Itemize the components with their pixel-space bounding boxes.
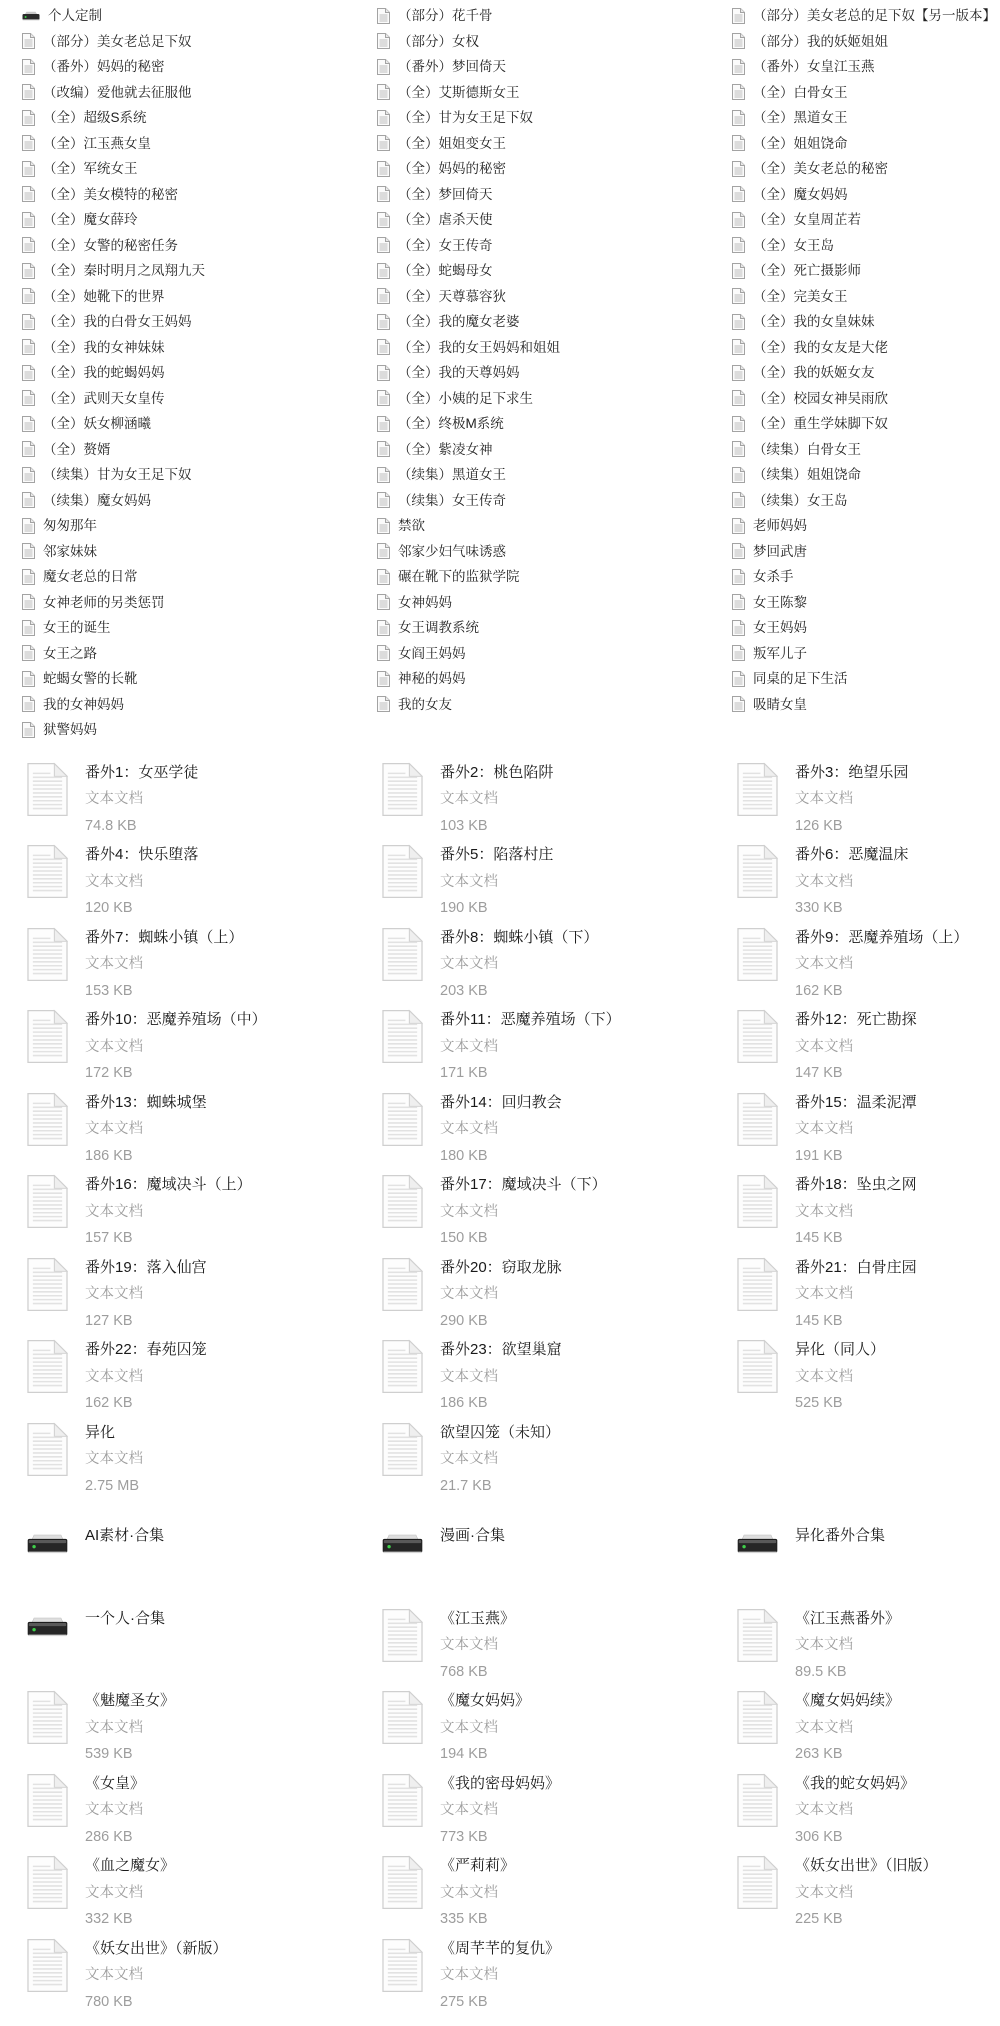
file-meta: 番外13：蜘蛛城堡 文本文档 186 KB: [85, 1090, 207, 1170]
file-list-item[interactable]: （全）我的女皇妹妹: [732, 309, 1000, 335]
file-card[interactable]: 《妖女出世》（旧版） 文本文档 225 KB: [732, 1853, 1000, 1936]
file-list-item[interactable]: （续集）女王岛: [732, 488, 1000, 514]
text-file-icon: [22, 59, 35, 75]
text-file-icon: [732, 1174, 778, 1229]
text-file-icon: [377, 518, 390, 534]
file-meta: 《妖女出世》（旧版） 文本文档 225 KB: [795, 1853, 938, 1933]
file-meta: 异化（同人） 文本文档 525 KB: [795, 1337, 885, 1417]
file-name: （续集）姐姐饶命: [753, 468, 861, 482]
file-meta: 番外17：魔域决斗（下） 文本文档 150 KB: [440, 1172, 607, 1252]
file-size: 539 KB: [85, 1741, 175, 1768]
file-card[interactable]: 番外16：魔域决斗（上） 文本文档 157 KB: [22, 1172, 377, 1255]
drive-card[interactable]: AI素材·合集: [22, 1523, 377, 1606]
file-card[interactable]: 《江玉燕番外》 文本文档 89.5 KB: [732, 1606, 1000, 1689]
text-file-icon: [22, 696, 35, 712]
drive-meta: 异化番外合集: [795, 1523, 885, 1550]
text-file-icon: [732, 8, 745, 24]
file-size: 335 KB: [440, 1906, 515, 1933]
file-list-item[interactable]: （部分）花千骨: [377, 3, 732, 29]
file-list-item[interactable]: （全）妈妈的秘密: [377, 156, 732, 182]
file-card[interactable]: 番外9：恶魔养殖场（上） 文本文档 162 KB: [732, 925, 1000, 1008]
text-file-icon: [377, 645, 390, 661]
file-title: 番外23：欲望巢窟: [440, 1337, 562, 1364]
file-list-item[interactable]: （全）女皇周芷若: [732, 207, 1000, 233]
file-name: （全）武则天女皇传: [43, 392, 165, 406]
file-list-item[interactable]: （全）姐姐饶命: [732, 131, 1000, 157]
file-card[interactable]: 《血之魔女》 文本文档 332 KB: [22, 1853, 377, 1936]
file-list-item[interactable]: （全）赘婿: [22, 437, 377, 463]
file-list-item[interactable]: 梦回武唐: [732, 539, 1000, 565]
file-name: 女王调教系统: [398, 621, 479, 635]
file-name: （全）我的妖姬女友: [753, 366, 875, 380]
file-name: 女阎王妈妈: [398, 647, 466, 661]
file-list-item[interactable]: （全）女王传奇: [377, 233, 732, 259]
file-list-item[interactable]: 同桌的足下生活: [732, 666, 1000, 692]
file-list-item[interactable]: （部分）我的妖姬姐姐: [732, 29, 1000, 55]
file-title: 番外11：恶魔养殖场（下）: [440, 1007, 621, 1034]
text-file-icon: [377, 390, 390, 406]
file-list-item[interactable]: （全）妖女柳涵曦: [22, 411, 377, 437]
file-name: （全）秦时明月之凤翔九天: [43, 264, 205, 278]
text-file-icon: [377, 671, 390, 687]
file-list-item[interactable]: 邻家少妇气味诱惑: [377, 539, 732, 565]
file-list-item[interactable]: 女神妈妈: [377, 590, 732, 616]
file-list-item[interactable]: （全）艾斯德斯女王: [377, 80, 732, 106]
file-card[interactable]: 《女皇》 文本文档 286 KB: [22, 1771, 377, 1854]
text-file-icon: [22, 1009, 68, 1064]
file-list-item[interactable]: （全）超级S系统: [22, 105, 377, 131]
file-name: 邻家少妇气味诱惑: [398, 545, 506, 559]
file-list-item[interactable]: （全）黑道女王: [732, 105, 1000, 131]
file-title: 《我的蛇女妈妈》: [795, 1771, 915, 1798]
file-list-item[interactable]: 我的女友: [377, 692, 732, 718]
text-file-icon: [22, 416, 35, 432]
file-name: 魔女老总的日常: [43, 570, 138, 584]
file-card[interactable]: 《严莉莉》 文本文档 335 KB: [377, 1853, 732, 1936]
file-name: （全）黑道女王: [753, 111, 848, 125]
text-file-icon: [732, 762, 778, 817]
file-name: 神秘的妈妈: [398, 672, 466, 686]
text-file-icon: [377, 1938, 423, 1993]
file-list-item[interactable]: （续集）姐姐饶命: [732, 462, 1000, 488]
text-file-icon: [377, 1608, 423, 1663]
file-name: 禁欲: [398, 519, 425, 533]
text-file-icon: [22, 671, 35, 687]
file-meta: 番外6：恶魔温床 文本文档 330 KB: [795, 842, 908, 922]
file-card[interactable]: 《魅魔圣女》 文本文档 539 KB: [22, 1688, 377, 1771]
hard-drive-icon: [22, 1611, 68, 1642]
file-card[interactable]: 《妖女出世》（新版） 文本文档 780 KB: [22, 1936, 377, 2019]
text-file-icon: [732, 416, 745, 432]
file-list-item[interactable]: （续集）白骨女王: [732, 437, 1000, 463]
text-file-icon: [22, 492, 35, 508]
text-file-icon: [377, 263, 390, 279]
file-list-item[interactable]: （全）我的妖姬女友: [732, 360, 1000, 386]
file-meta: 《江玉燕》 文本文档 768 KB: [440, 1606, 515, 1686]
text-file-icon: [377, 1773, 423, 1828]
file-card[interactable]: 《魔女妈妈》 文本文档 194 KB: [377, 1688, 732, 1771]
file-card[interactable]: 番外11：恶魔养殖场（下） 文本文档 171 KB: [377, 1007, 732, 1090]
drive-card[interactable]: 一个人·合集: [22, 1606, 377, 1689]
file-size: 768 KB: [440, 1659, 515, 1686]
file-card[interactable]: 番外12：死亡勘探 文本文档 147 KB: [732, 1007, 1000, 1090]
file-list-item[interactable]: （全）美女模特的秘密: [22, 182, 377, 208]
file-name: （全）美女模特的秘密: [43, 188, 178, 202]
file-list-item[interactable]: 女王妈妈: [732, 615, 1000, 641]
file-type: 文本文档: [795, 1880, 938, 1907]
file-manager-content: 个人定制 （部分）美女老总足下奴 （番外）妈妈的秘密: [0, 0, 1000, 2018]
text-file-icon: [377, 186, 390, 202]
text-file-icon: [22, 1422, 68, 1477]
text-file-icon: [732, 696, 745, 712]
file-meta: 番外8：蜘蛛小镇（下） 文本文档 203 KB: [440, 925, 598, 1005]
file-list-item[interactable]: 女神老师的另类惩罚: [22, 590, 377, 616]
file-card[interactable]: 番外1：女巫学徒 文本文档 74.8 KB: [22, 760, 377, 843]
file-name: 女神妈妈: [398, 596, 452, 610]
file-type: 文本文档: [85, 1199, 252, 1226]
file-list-item[interactable]: （全）紫凌女神: [377, 437, 732, 463]
file-name: 老师妈妈: [753, 519, 807, 533]
text-file-icon: [732, 161, 745, 177]
file-name: （全）天尊慕容狄: [398, 290, 506, 304]
file-name: （全）我的女友是大佬: [753, 341, 888, 355]
file-list-item[interactable]: （全）校园女神吴雨欣: [732, 386, 1000, 412]
file-name: （全）死亡摄影师: [753, 264, 861, 278]
file-list-item[interactable]: 邻家妹妹: [22, 539, 377, 565]
text-file-icon: [377, 161, 390, 177]
file-list-item[interactable]: （全）我的女友是大佬: [732, 335, 1000, 361]
text-file-icon: [377, 59, 390, 75]
file-name: （部分）美女老总的足下奴【另一版本】: [753, 9, 996, 23]
file-list-item[interactable]: 女阎王妈妈: [377, 641, 732, 667]
text-file-icon: [22, 186, 35, 202]
file-list-item[interactable]: （全）江玉燕女皇: [22, 131, 377, 157]
file-list-item[interactable]: （全）白骨女王: [732, 80, 1000, 106]
file-type: 文本文档: [85, 1880, 175, 1907]
file-card[interactable]: 番外20：窃取龙脉 文本文档 290 KB: [377, 1255, 732, 1338]
file-card[interactable]: 《魔女妈妈续》 文本文档 263 KB: [732, 1688, 1000, 1771]
file-list-item[interactable]: 老师妈妈: [732, 513, 1000, 539]
file-list-item[interactable]: 禁欲: [377, 513, 732, 539]
file-card[interactable]: 《我的蛇女妈妈》 文本文档 306 KB: [732, 1771, 1000, 1854]
file-meta: 《魅魔圣女》 文本文档 539 KB: [85, 1688, 175, 1768]
file-meta: 番外23：欲望巢窟 文本文档 186 KB: [440, 1337, 562, 1417]
drive-meta: 漫画·合集: [440, 1523, 505, 1550]
file-title: 番外1：女巫学徒: [85, 760, 198, 787]
file-name: （全）姐姐变女王: [398, 137, 506, 151]
file-name: （全）魔女薛玲: [43, 213, 138, 227]
file-name: （全）我的女皇妹妹: [753, 315, 875, 329]
file-list-item[interactable]: 女王的诞生: [22, 615, 377, 641]
file-list-item[interactable]: 碾在靴下的监狱学院: [377, 564, 732, 590]
text-file-icon: [377, 365, 390, 381]
file-list-item[interactable]: 女王陈黎: [732, 590, 1000, 616]
file-card[interactable]: 《我的密母妈妈》 文本文档 773 KB: [377, 1771, 732, 1854]
text-file-icon: [732, 135, 745, 151]
file-list-item[interactable]: （续集）魔女妈妈: [22, 488, 377, 514]
text-file-icon: [732, 671, 745, 687]
file-name: 同桌的足下生活: [753, 672, 848, 686]
file-title: 番外16：魔域决斗（上）: [85, 1172, 252, 1199]
file-size: 332 KB: [85, 1906, 175, 1933]
file-card[interactable]: 番外22：春苑囚笼 文本文档 162 KB: [22, 1337, 377, 1420]
file-card[interactable]: 番外2：桃色陷阱 文本文档 103 KB: [377, 760, 732, 843]
file-card[interactable]: 番外7：蜘蛛小镇（上） 文本文档 153 KB: [22, 925, 377, 1008]
file-list-item[interactable]: （全）军统女王: [22, 156, 377, 182]
drive-meta: AI素材·合集: [85, 1523, 164, 1550]
file-list-item[interactable]: （改编）爱他就去征服他: [22, 80, 377, 106]
hard-drive-icon: [732, 1528, 778, 1559]
file-card[interactable]: 番外18：坠虫之网 文本文档 145 KB: [732, 1172, 1000, 1255]
file-name: （续集）黑道女王: [398, 468, 506, 482]
file-list-item[interactable]: （全）虐杀天使: [377, 207, 732, 233]
file-title: 《江玉燕番外》: [795, 1606, 900, 1633]
file-card[interactable]: 番外15：温柔泥潭 文本文档 191 KB: [732, 1090, 1000, 1173]
file-size: 290 KB: [440, 1308, 562, 1335]
file-list-item[interactable]: （全）甘为女王足下奴: [377, 105, 732, 131]
file-list-item[interactable]: （续集）黑道女王: [377, 462, 732, 488]
file-card[interactable]: 《江玉燕》 文本文档 768 KB: [377, 1606, 732, 1689]
file-name: （全）我的女神妹妹: [43, 341, 165, 355]
file-card[interactable]: 番外14：回归教会 文本文档 180 KB: [377, 1090, 732, 1173]
text-file-icon: [377, 237, 390, 253]
file-name: （全）我的蛇蝎妈妈: [43, 366, 165, 380]
file-list-item[interactable]: 吸睛女皇: [732, 692, 1000, 718]
text-file-icon: [22, 569, 35, 585]
text-file-icon: [377, 33, 390, 49]
file-card[interactable]: 番外13：蜘蛛城堡 文本文档 186 KB: [22, 1090, 377, 1173]
file-card[interactable]: 欲望囚笼（未知） 文本文档 21.7 KB: [377, 1420, 732, 1503]
drive-list-item[interactable]: 个人定制: [22, 3, 377, 29]
file-list-item[interactable]: 女王之路: [22, 641, 377, 667]
file-size: 194 KB: [440, 1741, 530, 1768]
file-title: 《江玉燕》: [440, 1606, 515, 1633]
file-name: 我的女神妈妈: [43, 698, 124, 712]
file-meta: 番外18：坠虫之网 文本文档 145 KB: [795, 1172, 917, 1252]
file-title: 番外5：陷落村庄: [440, 842, 553, 869]
file-list-item[interactable]: （部分）女权: [377, 29, 732, 55]
file-card[interactable]: 番外10：恶魔养殖场（中） 文本文档 172 KB: [22, 1007, 377, 1090]
file-list-item[interactable]: （全）重生学妹脚下奴: [732, 411, 1000, 437]
file-card[interactable]: 番外21：白骨庄园 文本文档 145 KB: [732, 1255, 1000, 1338]
text-file-icon: [22, 161, 35, 177]
file-meta: 《严莉莉》 文本文档 335 KB: [440, 1853, 515, 1933]
file-title: 《魅魔圣女》: [85, 1688, 175, 1715]
file-list-item[interactable]: （全）终极M系统: [377, 411, 732, 437]
file-list-item[interactable]: 神秘的妈妈: [377, 666, 732, 692]
file-meta: 《女皇》 文本文档 286 KB: [85, 1771, 145, 1851]
file-type: 文本文档: [85, 786, 198, 813]
file-list-item[interactable]: （全）武则天女皇传: [22, 386, 377, 412]
file-meta: 番外14：回归教会 文本文档 180 KB: [440, 1090, 562, 1170]
file-list-item[interactable]: 魔女老总的日常: [22, 564, 377, 590]
drive-card[interactable]: 异化番外合集: [732, 1523, 1000, 1606]
file-list-item[interactable]: 蛇蝎女警的长靴: [22, 666, 377, 692]
file-size: 330 KB: [795, 895, 908, 922]
text-file-icon: [732, 390, 745, 406]
text-file-icon: [377, 492, 390, 508]
file-list-item[interactable]: （全）魔女薛玲: [22, 207, 377, 233]
file-meta: 《江玉燕番外》 文本文档 89.5 KB: [795, 1606, 900, 1686]
text-file-icon: [377, 339, 390, 355]
file-name: 女王妈妈: [753, 621, 807, 635]
text-file-icon: [22, 645, 35, 661]
text-file-icon: [377, 927, 423, 982]
text-file-icon: [732, 110, 745, 126]
text-file-icon: [377, 1339, 423, 1394]
text-file-icon: [377, 1422, 423, 1477]
file-list-item[interactable]: （部分）美女老总的足下奴【另一版本】: [732, 3, 1000, 29]
file-list-item[interactable]: （全）我的女神妹妹: [22, 335, 377, 361]
file-meta: 欲望囚笼（未知） 文本文档 21.7 KB: [440, 1420, 560, 1500]
file-size: 120 KB: [85, 895, 198, 922]
file-list-item[interactable]: （全）她靴下的世界: [22, 284, 377, 310]
file-card[interactable]: 番外5：陷落村庄 文本文档 190 KB: [377, 842, 732, 925]
file-type: 文本文档: [795, 1715, 900, 1742]
file-name: （番外）妈妈的秘密: [43, 60, 165, 74]
file-title: 番外21：白骨庄园: [795, 1255, 917, 1282]
drive-name: 个人定制: [48, 9, 102, 23]
file-name: （全）妈妈的秘密: [398, 162, 506, 176]
file-list-item[interactable]: （全）死亡摄影师: [732, 258, 1000, 284]
file-list-item[interactable]: （全）我的白骨女王妈妈: [22, 309, 377, 335]
file-title: 《血之魔女》: [85, 1853, 175, 1880]
text-file-icon: [377, 84, 390, 100]
file-list-item[interactable]: （全）我的女王妈妈和姐姐: [377, 335, 732, 361]
text-file-icon: [22, 263, 35, 279]
file-list-item[interactable]: （全）美女老总的秘密: [732, 156, 1000, 182]
file-title: 番外9：恶魔养殖场（上）: [795, 925, 968, 952]
file-list-item[interactable]: （全）我的魔女老婆: [377, 309, 732, 335]
drive-card[interactable]: 漫画·合集: [377, 1523, 732, 1606]
file-list-item[interactable]: （全）蛇蝎母女: [377, 258, 732, 284]
file-name: （番外）女皇江玉燕: [753, 60, 875, 74]
file-list-item[interactable]: （全）女王岛: [732, 233, 1000, 259]
file-list-item[interactable]: （全）我的天尊妈妈: [377, 360, 732, 386]
text-file-icon: [377, 1855, 423, 1910]
file-card[interactable]: 番外17：魔域决斗（下） 文本文档 150 KB: [377, 1172, 732, 1255]
file-size: 74.8 KB: [85, 813, 198, 840]
drive-title: 漫画·合集: [440, 1523, 505, 1550]
file-list-item[interactable]: （全）梦回倚天: [377, 182, 732, 208]
file-list-item[interactable]: 女杀手: [732, 564, 1000, 590]
file-meta: 番外9：恶魔养殖场（上） 文本文档 162 KB: [795, 925, 968, 1005]
file-size: 147 KB: [795, 1060, 917, 1087]
file-list-item[interactable]: 女王调教系统: [377, 615, 732, 641]
file-size: 127 KB: [85, 1308, 207, 1335]
file-list-item[interactable]: （番外）妈妈的秘密: [22, 54, 377, 80]
file-card[interactable]: 《周芊芊的复仇》 文本文档 275 KB: [377, 1936, 732, 2019]
file-card[interactable]: 异化 文本文档 2.75 MB: [22, 1420, 377, 1503]
file-list-item[interactable]: 我的女神妈妈: [22, 692, 377, 718]
file-list-item[interactable]: 叛军儿子: [732, 641, 1000, 667]
text-file-icon: [732, 365, 745, 381]
file-meta: 番外22：春苑囚笼 文本文档 162 KB: [85, 1337, 207, 1417]
file-name: （部分）美女老总足下奴: [43, 35, 192, 49]
file-list-item[interactable]: （番外）梦回倚天: [377, 54, 732, 80]
file-name: （全）我的天尊妈妈: [398, 366, 520, 380]
file-card[interactable]: 番外3：绝望乐园 文本文档 126 KB: [732, 760, 1000, 843]
file-meta: 番外5：陷落村庄 文本文档 190 KB: [440, 842, 553, 922]
text-file-icon: [22, 84, 35, 100]
file-list-item[interactable]: （全）小姨的足下求生: [377, 386, 732, 412]
file-name: （全）蛇蝎母女: [398, 264, 493, 278]
file-card[interactable]: 番外8：蜘蛛小镇（下） 文本文档 203 KB: [377, 925, 732, 1008]
file-title: 番外8：蜘蛛小镇（下）: [440, 925, 598, 952]
file-list-item[interactable]: （全）魔女妈妈: [732, 182, 1000, 208]
text-file-icon: [22, 237, 35, 253]
file-list-item[interactable]: （全）女警的秘密任务: [22, 233, 377, 259]
file-title: 番外4：快乐堕落: [85, 842, 198, 869]
file-type: 文本文档: [85, 1364, 207, 1391]
file-name: （续集）白骨女王: [753, 443, 861, 457]
file-title: 番外18：坠虫之网: [795, 1172, 917, 1199]
file-title: 《妖女出世》（新版）: [85, 1936, 228, 1963]
file-size: 126 KB: [795, 813, 908, 840]
text-file-icon: [22, 314, 35, 330]
text-file-icon: [377, 620, 390, 636]
text-file-icon: [377, 314, 390, 330]
file-size: 306 KB: [795, 1824, 915, 1851]
file-title: 异化: [85, 1420, 143, 1447]
text-file-icon: [732, 594, 745, 610]
file-list-item[interactable]: （全）秦时明月之凤翔九天: [22, 258, 377, 284]
file-type: 文本文档: [85, 1715, 175, 1742]
text-file-icon: [22, 390, 35, 406]
file-name: 女神老师的另类惩罚: [43, 596, 165, 610]
file-list-item[interactable]: 匆匆那年: [22, 513, 377, 539]
file-name: 我的女友: [398, 698, 452, 712]
text-file-icon: [732, 33, 745, 49]
text-file-icon: [377, 1009, 423, 1064]
file-list-item[interactable]: （续集）女王传奇: [377, 488, 732, 514]
file-meta: 《魔女妈妈》 文本文档 194 KB: [440, 1688, 530, 1768]
file-type: 文本文档: [795, 869, 908, 896]
file-card[interactable]: 异化（同人） 文本文档 525 KB: [732, 1337, 1000, 1420]
file-list-item[interactable]: （全）天尊慕容狄: [377, 284, 732, 310]
file-type: 文本文档: [795, 1632, 900, 1659]
file-meta: 番外2：桃色陷阱 文本文档 103 KB: [440, 760, 553, 840]
text-file-icon: [22, 1339, 68, 1394]
file-list-item[interactable]: （全）完美女王: [732, 284, 1000, 310]
text-file-icon: [732, 844, 778, 899]
file-meta: 《妖女出世》（新版） 文本文档 780 KB: [85, 1936, 228, 2016]
file-card[interactable]: 番外19：落入仙宫 文本文档 127 KB: [22, 1255, 377, 1338]
file-list-item[interactable]: （续集）甘为女王足下奴: [22, 462, 377, 488]
file-card[interactable]: 番外23：欲望巢窟 文本文档 186 KB: [377, 1337, 732, 1420]
file-title: 番外17：魔域决斗（下）: [440, 1172, 607, 1199]
file-list-item[interactable]: （部分）美女老总足下奴: [22, 29, 377, 55]
file-list-item[interactable]: （番外）女皇江玉燕: [732, 54, 1000, 80]
file-list-item[interactable]: 狱警妈妈: [22, 717, 377, 743]
file-size: 180 KB: [440, 1143, 562, 1170]
file-type: 文本文档: [440, 1962, 560, 1989]
file-type: 文本文档: [795, 1116, 917, 1143]
extras-card-grid: 番外1：女巫学徒 文本文档 74.8 KB 番外2：桃色陷阱 文本文档 103 …: [0, 760, 1000, 1503]
file-card[interactable]: 番外4：快乐堕落 文本文档 120 KB: [22, 842, 377, 925]
file-list-item[interactable]: （全）姐姐变女王: [377, 131, 732, 157]
file-meta: 《我的密母妈妈》 文本文档 773 KB: [440, 1771, 560, 1851]
file-list-column-2: （部分）花千骨 （部分）女权 （番外）梦回倚天: [377, 3, 732, 743]
text-file-icon: [377, 441, 390, 457]
file-title: 《妖女出世》（旧版）: [795, 1853, 938, 1880]
file-title: 《严莉莉》: [440, 1853, 515, 1880]
file-type: 文本文档: [440, 1199, 607, 1226]
file-list-item[interactable]: （全）我的蛇蝎妈妈: [22, 360, 377, 386]
file-type: 文本文档: [85, 951, 243, 978]
file-card[interactable]: 番外6：恶魔温床 文本文档 330 KB: [732, 842, 1000, 925]
text-file-icon: [22, 1257, 68, 1312]
